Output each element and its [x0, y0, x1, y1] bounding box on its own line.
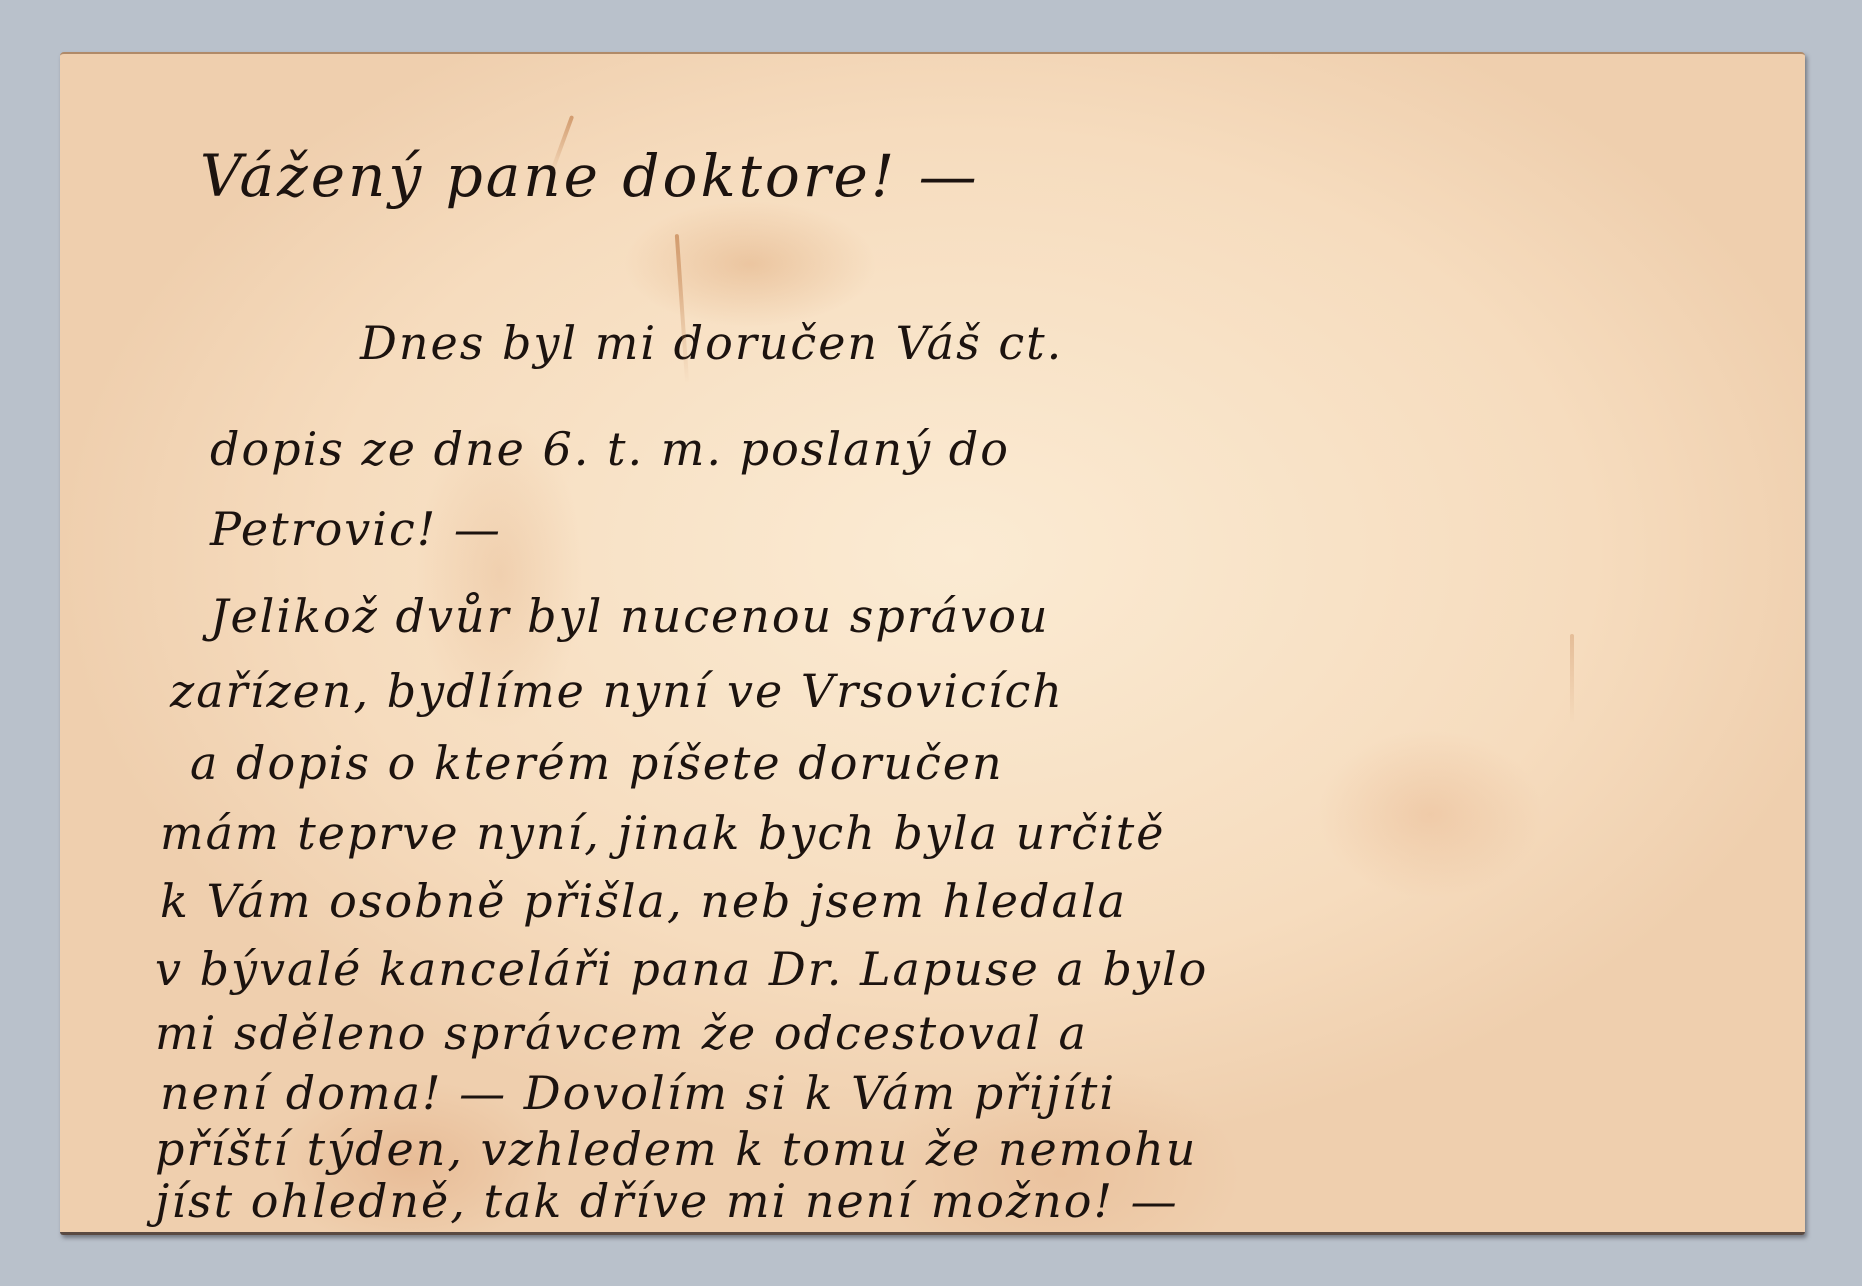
letter-line: mi sděleno správcem že odcestoval a [155, 1006, 1088, 1060]
letter-line: není doma! — Dovolím si k Vám přijíti [160, 1066, 1116, 1120]
letter-line: příští týden, vzhledem k tomu že nemohu [155, 1122, 1197, 1176]
salutation: Vážený pane doktore! — [200, 142, 980, 210]
postcard: Vážený pane doktore! — Dnes byl mi doruč… [60, 52, 1805, 1235]
letter-line: Dnes byl mi doručen Váš ct. [360, 316, 1063, 370]
letter-line: zařízen, bydlíme nyní ve Vrsovicích [170, 664, 1064, 718]
letter-line: Petrovic! — [210, 502, 502, 556]
letter-line: Jelikož dvůr byl nucenou správou [210, 589, 1050, 643]
letter-line: mám teprve nyní, jinak bych byla určitě [160, 806, 1165, 860]
paper-stain [1570, 634, 1574, 724]
letter-line: dopis ze dne 6. t. m. poslaný do [210, 422, 1010, 476]
letter-line: k Vám osobně přišla, neb jsem hledala [160, 874, 1127, 928]
letter-line: v bývalé kanceláři pana Dr. Lapuse a byl… [155, 942, 1208, 996]
letter-line: jíst ohledně, tak dříve mi není možno! — [155, 1174, 1179, 1228]
letter-line: a dopis o kterém píšete doručen [190, 736, 1004, 790]
